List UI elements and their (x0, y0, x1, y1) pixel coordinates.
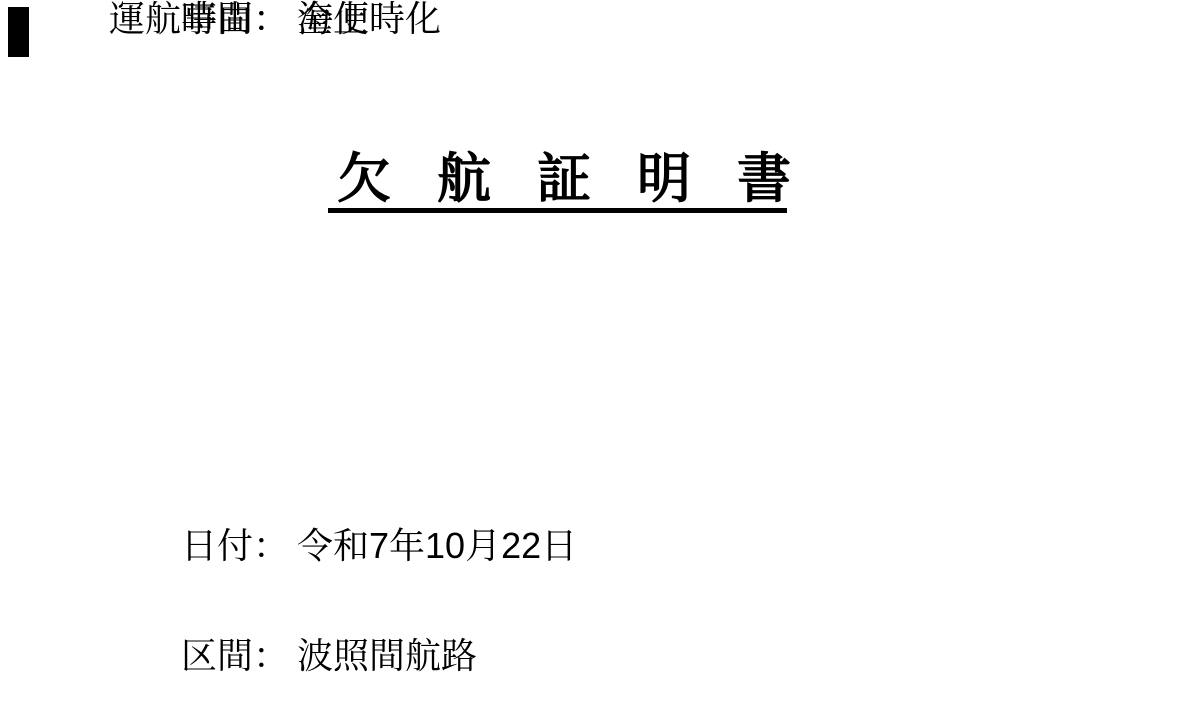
field-colon: ： (253, 637, 289, 675)
document-title: 欠 航 証 明 書 (328, 151, 787, 213)
field-colon: ： (253, 527, 289, 565)
field-value-reason: 海上時化 (297, 0, 441, 38)
field-label-reason: 事由 (0, 0, 253, 38)
field-colon: ： (253, 0, 289, 38)
field-value-section: 波照間航路 (297, 637, 477, 675)
field-label-date: 日付 (0, 527, 253, 565)
field-value-date: 令和7年10月22日 (297, 527, 577, 565)
field-row-reason: 事由 ： 海上時化 (0, 0, 441, 38)
field-row-section: 区間 ： 波照間航路 (0, 637, 477, 675)
document-title-text: 欠 航 証 明 書 (337, 149, 787, 209)
field-label-section: 区間 (0, 637, 253, 675)
field-row-date: 日付 ： 令和7年10月22日 (0, 527, 577, 565)
document-page: 欠 航 証 明 書 日付 ： 令和7年10月22日 区間 ： 波照間航路 運航時… (0, 0, 1179, 720)
